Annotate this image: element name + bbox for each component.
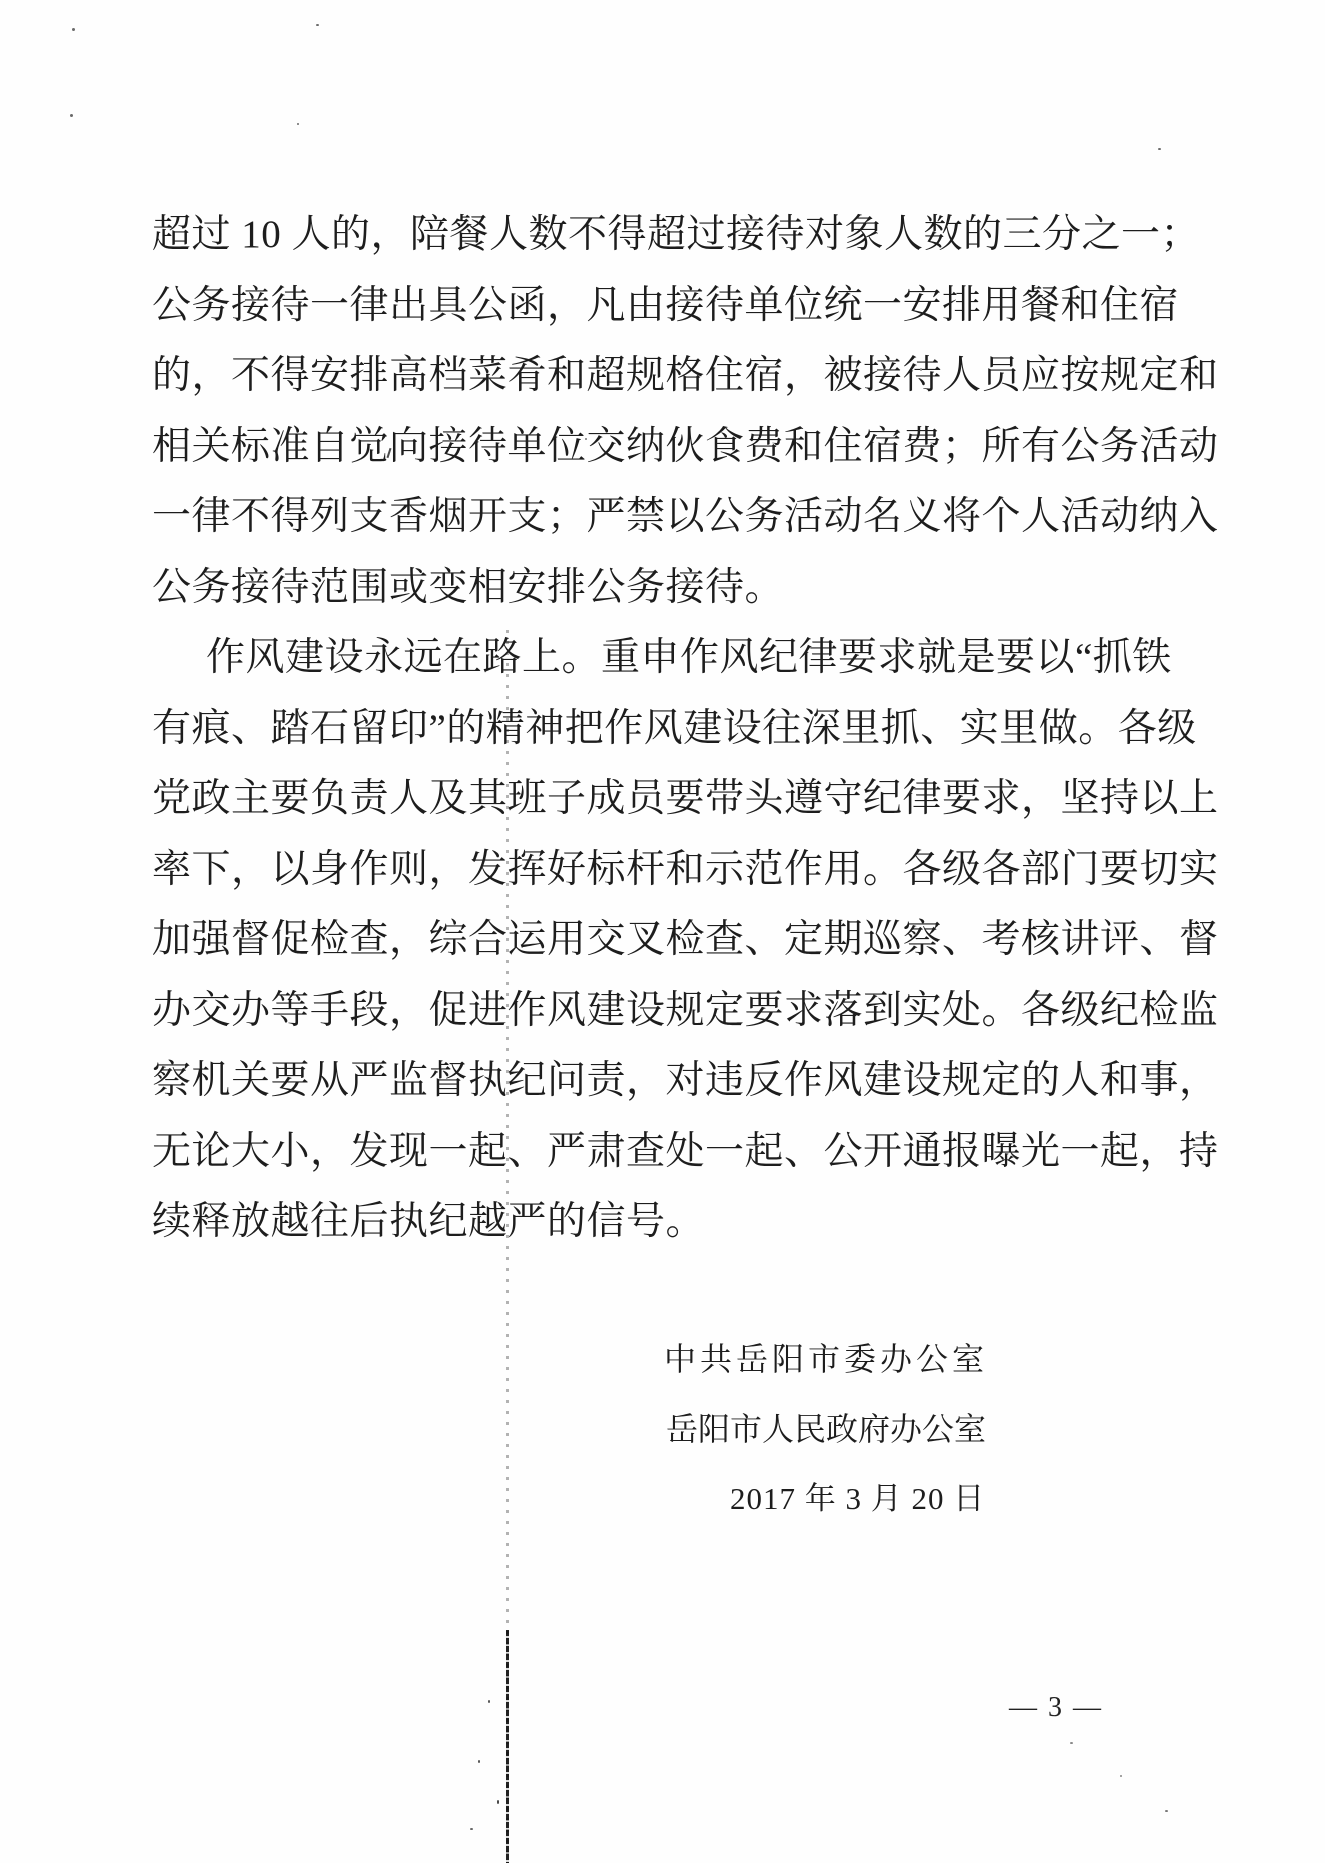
signature-date: 2017 年 3 月 20 日 [730,1476,985,1522]
body-line: 续释放越往后执纪越严的信号。 [152,1187,1114,1258]
scan-speck [1120,1775,1122,1777]
page-number: — 3 — [996,1692,1116,1724]
scan-speck [1165,1810,1168,1812]
scan-speck [488,1700,490,1703]
scan-speck [497,1800,499,1804]
body-line: 有痕、踏石留印”的精神把作风建设往深里抓、实里做。各级 [152,694,1114,765]
body-line: 公务接待范围或变相安排公务接待。 [152,553,1114,624]
body-line: 无论大小，发现一起、严肃查处一起、公开通报曝光一起，持 [152,1117,1114,1188]
body-line: 公务接待一律出具公函，凡由接待单位统一安排用餐和住宿 [152,271,1114,342]
body-line: 党政主要负责人及其班子成员要带头遵守纪律要求，坚持以上 [152,764,1114,835]
scan-speck [585,438,587,440]
body-line: 加强督促检查，综合运用交叉检查、定期巡察、考核讲评、督 [152,905,1114,976]
body-line: 一律不得列支香烟开支；严禁以公务活动名义将个人活动纳入 [152,482,1114,553]
scan-speck [1158,148,1161,150]
body-line: 相关标准自觉向接待单位交纳伙食费和住宿费；所有公务活动 [152,412,1114,483]
scan-speck [1070,1742,1073,1744]
scan-speck [478,1760,480,1763]
scan-speck [920,368,922,371]
signature-org-2: 岳阳市人民政府办公室 [666,1406,986,1452]
document-body: 超过 10 人的，陪餐人数不得超过接待对象人数的三分之一；公务接待一律出具公函，… [152,200,1114,1258]
scan-speck [297,123,299,125]
body-line: 察机关要从严监督执纪问责，对违反作风建设规定的人和事， [152,1046,1114,1117]
scan-speck [316,24,319,26]
body-line: 超过 10 人的，陪餐人数不得超过接待对象人数的三分之一； [152,200,1114,271]
signature-org-1: 中共岳阳市委办公室 [664,1336,988,1382]
scan-speck [72,28,75,31]
fold-crease-dark-artifact [506,1630,509,1863]
body-line: 作风建设永远在路上。重申作风纪律要求就是要以“抓铁 [152,623,1114,694]
body-line: 率下，以身作则，发挥好标杆和示范作用。各级各部门要切实 [152,835,1114,906]
body-line: 的，不得安排高档菜肴和超规格住宿，被接待人员应按规定和 [152,341,1114,412]
scan-speck [70,114,73,117]
body-line: 办交办等手段，促进作风建设规定要求落到实处。各级纪检监 [152,976,1114,1047]
scan-speck [470,1828,473,1830]
document-page: 超过 10 人的，陪餐人数不得超过接待对象人数的三分之一；公务接待一律出具公函，… [0,0,1325,1863]
